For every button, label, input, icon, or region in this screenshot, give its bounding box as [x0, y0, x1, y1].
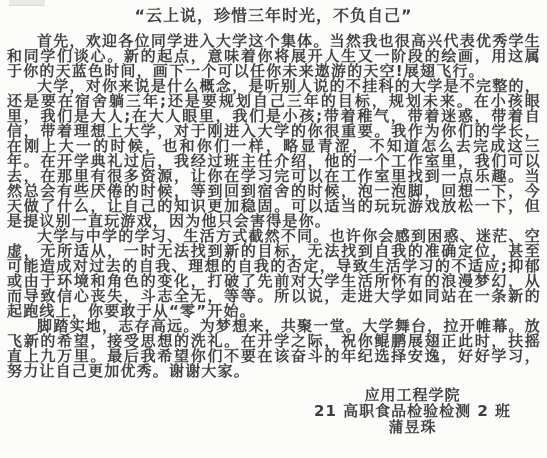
paragraph-university-concept: 大学，对你来说是什么概念，是听别人说的不挂科的大学是不完整的，还是要在宿舍躺三年…: [7, 79, 541, 229]
signature-name: 蒲昱珠: [314, 419, 511, 435]
signature-block: 应用工程学院 21 高职食品检验检测 2 班 蒲昱珠: [314, 387, 511, 435]
document-title: “云上说，珍惜三年时光，不负自己”: [10, 4, 537, 26]
paragraph-university-vs-middle-school: 大学与中学的学习、生活方式截然不同。也许你会感到困惑、迷茫、空虚，无所适从，一时…: [7, 229, 541, 319]
document-body: 首先，欢迎各位同学进入大学这个集体。当然我也很高兴代表优秀学生和同学们谈心。新的…: [0, 34, 547, 379]
scan-corner-artifact: [9, 0, 45, 6]
paragraph-closing: 脚踏实地，志存高远。为梦想来，共聚一堂。大学舞台，拉开帷幕。放飞新的希望，接受思…: [7, 319, 541, 379]
paragraph-greeting: 首先，欢迎各位同学进入大学这个集体。当然我也很高兴代表优秀学生和同学们谈心。新的…: [7, 34, 541, 79]
scanned-document-page: “云上说，珍惜三年时光，不负自己” 首先，欢迎各位同学进入大学这个集体。当然我也…: [0, 0, 547, 458]
signature-college: 应用工程学院: [314, 387, 511, 403]
signature-class: 21 高职食品检验检测 2 班: [314, 403, 511, 419]
